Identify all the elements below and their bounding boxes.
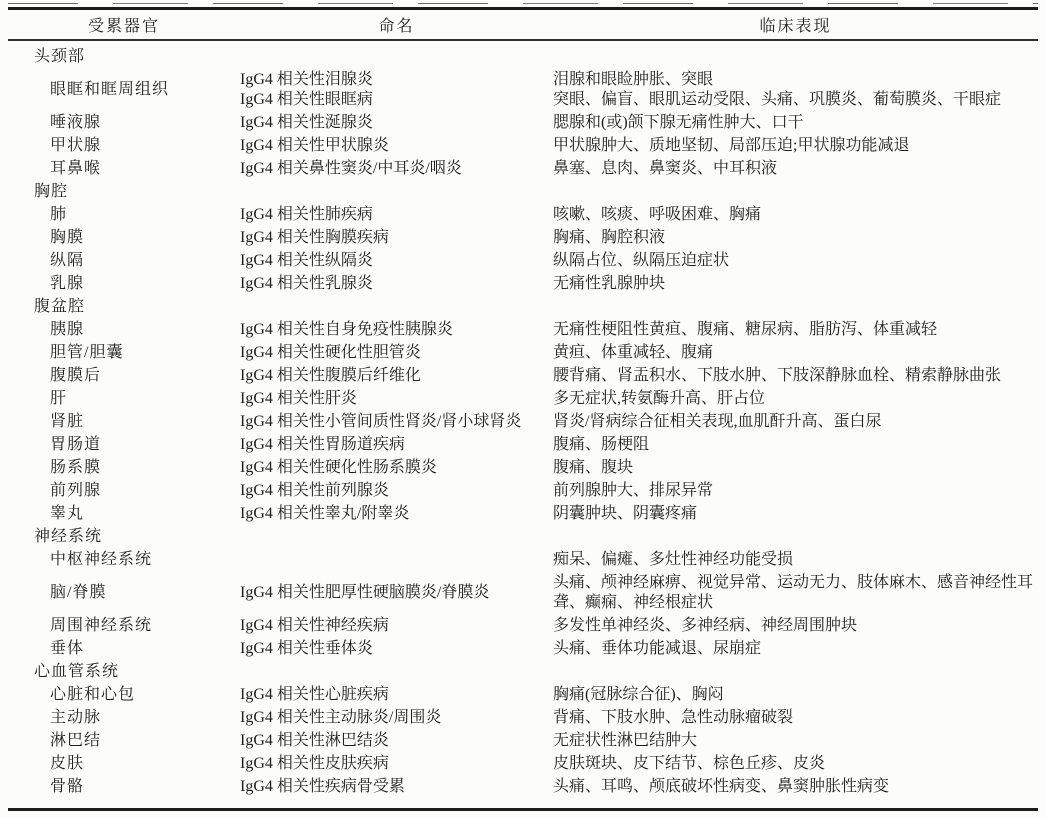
table-row: 垂体 IgG4 相关性垂体炎 头痛、垂体功能减退、尿崩症 bbox=[8, 637, 1038, 660]
clinical-cell: 肾炎/肾病综合征相关表现,血肌酐升高、蛋白尿 bbox=[553, 412, 1038, 432]
clinical-cell: 腹痛、腹块 bbox=[553, 458, 1038, 478]
clinical-cell: 鼻塞、息肉、鼻窦炎、中耳积液 bbox=[553, 159, 1038, 179]
table-row: 淋巴结 IgG4 相关性淋巴结炎 无症状性淋巴结肿大 bbox=[8, 729, 1038, 752]
column-header-naming: 命名 bbox=[240, 13, 553, 36]
organ-cell: 肾脏 bbox=[8, 412, 240, 432]
table-row: 胃肠道 IgG4 相关性胃肠道疾病 腹痛、肠梗阻 bbox=[8, 433, 1038, 456]
clinical-cell: 多无症状,转氨酶升高、肝占位 bbox=[553, 389, 1038, 409]
scanned-paper-page: 受累器官 命名 临床表现 头颈部 眼眶和眶周组织 IgG4 相关性泪腺炎 IgG… bbox=[0, 0, 1045, 818]
clinical-cell: 皮肤斑块、皮下结节、棕色丘疹、皮炎 bbox=[553, 754, 1038, 774]
naming-cell: IgG4 相关性心脏疾病 bbox=[240, 685, 553, 705]
naming-cell: IgG4 相关性神经疾病 bbox=[240, 616, 553, 636]
table-row: 中枢神经系统 痴呆、偏瘫、多灶性神经功能受损 bbox=[8, 548, 1038, 571]
table-row: 骨骼 IgG4 相关性疾病骨受累 头痛、耳鸣、颅底破坏性病变、鼻窦肿胀性病变 bbox=[8, 775, 1038, 798]
table-row: 眼眶和眶周组织 IgG4 相关性泪腺炎 IgG4 相关性眼眶病 泪腺和眼睑肿胀、… bbox=[8, 68, 1038, 111]
naming-cell: IgG4 相关鼻性窦炎/中耳炎/咽炎 bbox=[240, 159, 553, 179]
table-row: 皮肤 IgG4 相关性皮肤疾病 皮肤斑块、皮下结节、棕色丘疹、皮炎 bbox=[8, 752, 1038, 775]
clinical-cell: 背痛、下肢水肿、急性动脉瘤破裂 bbox=[553, 708, 1038, 728]
clinical-cell: 无痛性梗阻性黄疸、腹痛、糖尿病、脂肪泻、体重减轻 bbox=[553, 320, 1038, 340]
organ-cell: 皮肤 bbox=[8, 754, 240, 774]
naming-cell: IgG4 相关性疾病骨受累 bbox=[240, 777, 553, 797]
organ-cell: 眼眶和眶周组织 bbox=[8, 80, 240, 100]
naming-cell: IgG4 相关性垂体炎 bbox=[240, 639, 553, 659]
naming-cell: IgG4 相关性胃肠道疾病 bbox=[240, 435, 553, 455]
clinical-cell: 痴呆、偏瘫、多灶性神经功能受损 bbox=[553, 550, 1038, 570]
table-row: 耳鼻喉 IgG4 相关鼻性窦炎/中耳炎/咽炎 鼻塞、息肉、鼻窦炎、中耳积液 bbox=[8, 157, 1038, 180]
table-body: 头颈部 眼眶和眶周组织 IgG4 相关性泪腺炎 IgG4 相关性眼眶病 泪腺和眼… bbox=[8, 41, 1038, 798]
clinical-cell: 纵隔占位、纵隔压迫症状 bbox=[553, 251, 1038, 271]
bottom-rule bbox=[8, 808, 1038, 811]
table-row: 肾脏 IgG4 相关性小管间质性肾炎/肾小球肾炎 肾炎/肾病综合征相关表现,血肌… bbox=[8, 410, 1038, 433]
column-header-organ: 受累器官 bbox=[8, 13, 240, 36]
organ-cell: 胰腺 bbox=[8, 320, 240, 340]
clinical-cell: 甲状腺肿大、质地坚韧、局部压迫;甲状腺功能减退 bbox=[553, 136, 1038, 156]
table-row: 肠系膜 IgG4 相关性硬化性肠系膜炎 腹痛、腹块 bbox=[8, 456, 1038, 479]
naming-cell: IgG4 相关性胸膜疾病 bbox=[240, 228, 553, 248]
clinical-cell: 头痛、耳鸣、颅底破坏性病变、鼻窦肿胀性病变 bbox=[553, 777, 1038, 797]
organ-cell: 甲状腺 bbox=[8, 136, 240, 156]
naming-cell: IgG4 相关性淋巴结炎 bbox=[240, 731, 553, 751]
organ-cell: 脑/脊膜 bbox=[8, 583, 240, 603]
table-row: 胰腺 IgG4 相关性自身免疫性胰腺炎 无痛性梗阻性黄疸、腹痛、糖尿病、脂肪泻、… bbox=[8, 318, 1038, 341]
naming-cell: IgG4 相关性乳腺炎 bbox=[240, 274, 553, 294]
organ-cell: 耳鼻喉 bbox=[8, 159, 240, 179]
organ-cell: 胸膜 bbox=[8, 228, 240, 248]
naming-cell: IgG4 相关性自身免疫性胰腺炎 bbox=[240, 320, 553, 340]
table-row: 前列腺 IgG4 相关性前列腺炎 前列腺肿大、排尿异常 bbox=[8, 479, 1038, 502]
table-row: 睾丸 IgG4 相关性睾丸/附睾炎 阴囊肿块、阴囊疼痛 bbox=[8, 502, 1038, 525]
clinical-cell: 黄疸、体重减轻、腹痛 bbox=[553, 343, 1038, 363]
clinical-cell: 头痛、颅神经麻痹、视觉异常、运动无力、肢体麻木、感音神经性耳聋、癫痫、神经根症状 bbox=[553, 573, 1038, 613]
naming-cell: IgG4 相关性硬化性肠系膜炎 bbox=[240, 458, 553, 478]
igg4-organ-table: 受累器官 命名 临床表现 头颈部 眼眶和眶周组织 IgG4 相关性泪腺炎 IgG… bbox=[8, 3, 1038, 798]
table-row: 主动脉 IgG4 相关性主动脉炎/周围炎 背痛、下肢水肿、急性动脉瘤破裂 bbox=[8, 706, 1038, 729]
naming-cell: IgG4 相关性睾丸/附睾炎 bbox=[240, 504, 553, 524]
clinical-cell: 多发性单神经炎、多神经病、神经周围肿块 bbox=[553, 616, 1038, 636]
clinical-cell: 胸痛、胸腔积液 bbox=[553, 228, 1038, 248]
table-row: 脑/脊膜 IgG4 相关性肥厚性硬脑膜炎/脊膜炎 头痛、颅神经麻痹、视觉异常、运… bbox=[8, 571, 1038, 614]
table-row: 胸膜 IgG4 相关性胸膜疾病 胸痛、胸腔积液 bbox=[8, 226, 1038, 249]
clinical-cell: 胸痛(冠脉综合征)、胸闷 bbox=[553, 685, 1038, 705]
organ-cell: 淋巴结 bbox=[8, 731, 240, 751]
organ-cell: 肺 bbox=[8, 205, 240, 225]
section-title: 腹盆腔 bbox=[8, 295, 1038, 318]
organ-cell: 垂体 bbox=[8, 639, 240, 659]
table-row: 腹膜后 IgG4 相关性腹膜后纤维化 腰背痛、肾盂积水、下肢水肿、下肢深静脉血栓… bbox=[8, 364, 1038, 387]
naming-cell: IgG4 相关性前列腺炎 bbox=[240, 481, 553, 501]
top-rule-outer bbox=[8, 3, 1038, 4]
table-row: 胆管/胆囊 IgG4 相关性硬化性胆管炎 黄疸、体重减轻、腹痛 bbox=[8, 341, 1038, 364]
table-row: 唾液腺 IgG4 相关性涎腺炎 腮腺和(或)颌下腺无痛性肿大、口干 bbox=[8, 111, 1038, 134]
table-row: 周围神经系统 IgG4 相关性神经疾病 多发性单神经炎、多神经病、神经周围肿块 bbox=[8, 614, 1038, 637]
organ-cell: 肝 bbox=[8, 389, 240, 409]
table-row: 甲状腺 IgG4 相关性甲状腺炎 甲状腺肿大、质地坚韧、局部压迫;甲状腺功能减退 bbox=[8, 134, 1038, 157]
table-header-row: 受累器官 命名 临床表现 bbox=[8, 10, 1038, 39]
organ-cell: 腹膜后 bbox=[8, 366, 240, 386]
section-title: 神经系统 bbox=[8, 525, 1038, 548]
section-title: 胸腔 bbox=[8, 180, 1038, 203]
naming-cell: IgG4 相关性甲状腺炎 bbox=[240, 136, 553, 156]
table-row: 乳腺 IgG4 相关性乳腺炎 无痛性乳腺肿块 bbox=[8, 272, 1038, 295]
clinical-cell: 无痛性乳腺肿块 bbox=[553, 274, 1038, 294]
table-row: 心脏和心包 IgG4 相关性心脏疾病 胸痛(冠脉综合征)、胸闷 bbox=[8, 683, 1038, 706]
naming-cell: IgG4 相关性主动脉炎/周围炎 bbox=[240, 708, 553, 728]
clinical-cell: 泪腺和眼睑肿胀、突眼 突眼、偏盲、眼肌运动受限、头痛、巩膜炎、葡萄膜炎、干眼症 bbox=[553, 70, 1038, 110]
clinical-cell: 咳嗽、咳痰、呼吸困难、胸痛 bbox=[553, 205, 1038, 225]
section-title: 心血管系统 bbox=[8, 660, 1038, 683]
organ-cell: 中枢神经系统 bbox=[8, 550, 240, 570]
clinical-cell: 腰背痛、肾盂积水、下肢水肿、下肢深静脉血栓、精索静脉曲张 bbox=[553, 366, 1038, 386]
organ-cell: 胆管/胆囊 bbox=[8, 343, 240, 363]
organ-cell: 前列腺 bbox=[8, 481, 240, 501]
organ-cell: 乳腺 bbox=[8, 274, 240, 294]
clinical-cell: 前列腺肿大、排尿异常 bbox=[553, 481, 1038, 501]
naming-cell: IgG4 相关性肥厚性硬脑膜炎/脊膜炎 bbox=[240, 583, 553, 603]
organ-cell: 唾液腺 bbox=[8, 113, 240, 133]
naming-cell: IgG4 相关性肺疾病 bbox=[240, 205, 553, 225]
naming-cell: IgG4 相关性硬化性胆管炎 bbox=[240, 343, 553, 363]
section-title: 头颈部 bbox=[8, 45, 1038, 68]
table-row: 肺 IgG4 相关性肺疾病 咳嗽、咳痰、呼吸困难、胸痛 bbox=[8, 203, 1038, 226]
table-row: 纵隔 IgG4 相关性纵隔炎 纵隔占位、纵隔压迫症状 bbox=[8, 249, 1038, 272]
naming-cell: IgG4 相关性涎腺炎 bbox=[240, 113, 553, 133]
naming-cell: IgG4 相关性小管间质性肾炎/肾小球肾炎 bbox=[240, 412, 553, 432]
organ-cell: 心脏和心包 bbox=[8, 685, 240, 705]
clinical-cell: 无症状性淋巴结肿大 bbox=[553, 731, 1038, 751]
column-header-clinical: 临床表现 bbox=[553, 13, 1038, 36]
naming-cell: IgG4 相关性皮肤疾病 bbox=[240, 754, 553, 774]
organ-cell: 骨骼 bbox=[8, 777, 240, 797]
clinical-cell: 阴囊肿块、阴囊疼痛 bbox=[553, 504, 1038, 524]
organ-cell: 主动脉 bbox=[8, 708, 240, 728]
clinical-cell: 腹痛、肠梗阻 bbox=[553, 435, 1038, 455]
naming-cell: IgG4 相关性腹膜后纤维化 bbox=[240, 366, 553, 386]
table-row: 肝 IgG4 相关性肝炎 多无症状,转氨酶升高、肝占位 bbox=[8, 387, 1038, 410]
organ-cell: 胃肠道 bbox=[8, 435, 240, 455]
clinical-cell: 头痛、垂体功能减退、尿崩症 bbox=[553, 639, 1038, 659]
organ-cell: 纵隔 bbox=[8, 251, 240, 271]
naming-cell: IgG4 相关性泪腺炎 IgG4 相关性眼眶病 bbox=[240, 70, 553, 110]
organ-cell: 周围神经系统 bbox=[8, 616, 240, 636]
organ-cell: 睾丸 bbox=[8, 504, 240, 524]
organ-cell: 肠系膜 bbox=[8, 458, 240, 478]
clinical-cell: 腮腺和(或)颌下腺无痛性肿大、口干 bbox=[553, 113, 1038, 133]
naming-cell: IgG4 相关性纵隔炎 bbox=[240, 251, 553, 271]
naming-cell: IgG4 相关性肝炎 bbox=[240, 389, 553, 409]
